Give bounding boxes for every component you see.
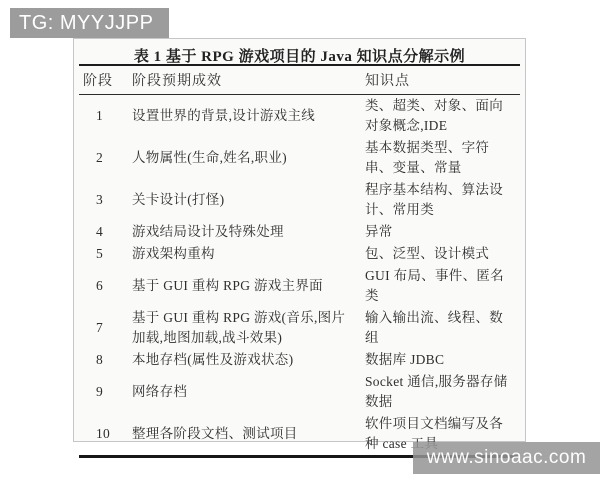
cell-outcome: 游戏架构重构 — [132, 243, 365, 265]
cell-stage: 4 — [79, 221, 132, 243]
table-row: 9 网络存档 Socket 通信,服务器存储数据 — [79, 371, 520, 413]
cell-stage: 10 — [79, 413, 132, 457]
cell-knowledge: 基本数据类型、字符串、变量、常量 — [365, 137, 520, 179]
cell-stage: 3 — [79, 179, 132, 221]
table-row: 4 游戏结局设计及特殊处理 异常 — [79, 221, 520, 243]
cell-knowledge: 异常 — [365, 221, 520, 243]
table-row: 7 基于 GUI 重构 RPG 游戏(音乐,图片加载,地图加载,战斗效果) 输入… — [79, 307, 520, 349]
table-row: 8 本地存档(属性及游戏状态) 数据库 JDBC — [79, 349, 520, 371]
cell-stage: 8 — [79, 349, 132, 371]
scanned-table-image: 表 1 基于 RPG 游戏项目的 Java 知识点分解示例 阶段 阶段预期成效 … — [73, 38, 526, 442]
cell-outcome: 游戏结局设计及特殊处理 — [132, 221, 365, 243]
col-header-stage: 阶段 — [79, 65, 132, 95]
table-title: 表 1 基于 RPG 游戏项目的 Java 知识点分解示例 — [74, 39, 525, 64]
table-body: 1 设置世界的背景,设计游戏主线 类、超类、对象、面向对象概念,IDE 2 人物… — [79, 95, 520, 457]
cell-outcome: 网络存档 — [132, 371, 365, 413]
cell-knowledge: Socket 通信,服务器存储数据 — [365, 371, 520, 413]
cell-knowledge: 数据库 JDBC — [365, 349, 520, 371]
tg-watermark-badge: TG: MYYJJPP — [10, 8, 169, 38]
table-row: 3 关卡设计(打怪) 程序基本结构、算法设计、常用类 — [79, 179, 520, 221]
site-watermark-band: www.sinoaac.com — [413, 442, 600, 474]
cell-stage: 7 — [79, 307, 132, 349]
cell-stage: 1 — [79, 95, 132, 138]
cell-knowledge: 包、泛型、设计模式 — [365, 243, 520, 265]
cell-outcome: 人物属性(生命,姓名,职业) — [132, 137, 365, 179]
cell-stage: 2 — [79, 137, 132, 179]
table-row: 2 人物属性(生命,姓名,职业) 基本数据类型、字符串、变量、常量 — [79, 137, 520, 179]
cell-stage: 6 — [79, 265, 132, 307]
table-row: 6 基于 GUI 重构 RPG 游戏主界面 GUI 布局、事件、匿名类 — [79, 265, 520, 307]
cell-knowledge: 类、超类、对象、面向对象概念,IDE — [365, 95, 520, 138]
cell-knowledge: 程序基本结构、算法设计、常用类 — [365, 179, 520, 221]
col-header-knowledge: 知识点 — [365, 65, 520, 95]
table-header-row: 阶段 阶段预期成效 知识点 — [79, 65, 520, 95]
table-row: 5 游戏架构重构 包、泛型、设计模式 — [79, 243, 520, 265]
table-row: 1 设置世界的背景,设计游戏主线 类、超类、对象、面向对象概念,IDE — [79, 95, 520, 138]
cell-knowledge: 输入输出流、线程、数组 — [365, 307, 520, 349]
screenshot-root: TG: MYYJJPP 表 1 基于 RPG 游戏项目的 Java 知识点分解示… — [0, 0, 600, 480]
tg-watermark-text: TG: MYYJJPP — [19, 12, 153, 34]
cell-stage: 5 — [79, 243, 132, 265]
cell-outcome: 基于 GUI 重构 RPG 游戏(音乐,图片加载,地图加载,战斗效果) — [132, 307, 365, 349]
cell-outcome: 关卡设计(打怪) — [132, 179, 365, 221]
cell-outcome: 设置世界的背景,设计游戏主线 — [132, 95, 365, 138]
site-watermark-text: www.sinoaac.com — [427, 447, 587, 468]
cell-stage: 9 — [79, 371, 132, 413]
cell-knowledge: GUI 布局、事件、匿名类 — [365, 265, 520, 307]
cell-outcome: 基于 GUI 重构 RPG 游戏主界面 — [132, 265, 365, 307]
cell-outcome: 整理各阶段文档、测试项目 — [132, 413, 365, 457]
knowledge-table: 阶段 阶段预期成效 知识点 1 设置世界的背景,设计游戏主线 类、超类、对象、面… — [79, 64, 520, 458]
cell-outcome: 本地存档(属性及游戏状态) — [132, 349, 365, 371]
col-header-outcome: 阶段预期成效 — [132, 65, 365, 95]
